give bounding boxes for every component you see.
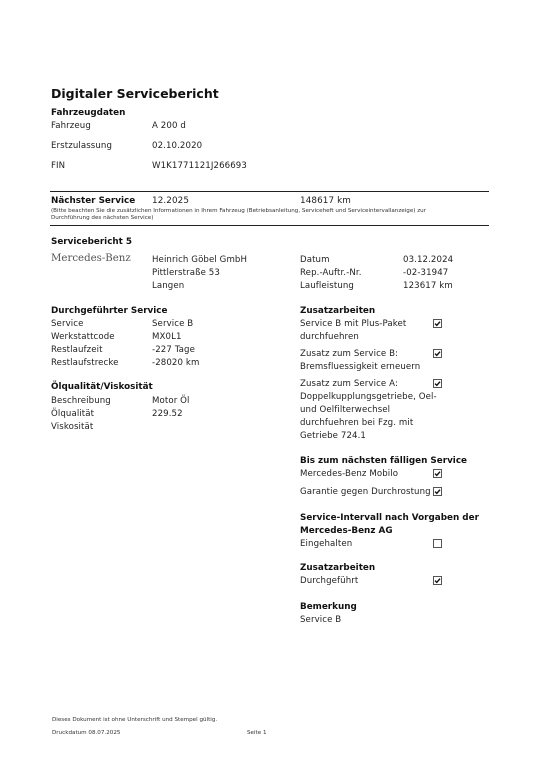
next-service-mileage: 148617 km	[300, 196, 351, 206]
additional-work-item-1-checkbox[interactable]	[433, 319, 442, 328]
dealer-city: Langen	[152, 281, 184, 291]
workshop-code-value: MX0L1	[152, 332, 182, 342]
oil-description-label: Beschreibung	[51, 396, 111, 406]
checkmark-icon	[434, 380, 441, 387]
additional-work-item-3-checkbox[interactable]	[433, 379, 442, 388]
interval-adhered-checkbox[interactable]	[433, 539, 442, 548]
additional-work-item-1-line1: Service B mit Plus-Paket	[300, 319, 406, 329]
checkmark-icon	[434, 350, 441, 357]
service-value: Service B	[152, 319, 193, 329]
additional-work-item-3-line5: Getriebe 724.1	[300, 431, 366, 441]
additional-work-item-3-line4: durchfuehren bei Fzg. mit	[300, 418, 413, 428]
performed-service-heading: Durchgeführter Service	[51, 306, 167, 316]
remaining-time-value: -227 Tage	[152, 345, 195, 355]
additional-work-2-heading: Zusatzarbeiten	[300, 563, 375, 573]
mileage-value: 123617 km	[403, 281, 453, 291]
performed-checkbox[interactable]	[433, 576, 442, 585]
report-heading: Servicebericht 5	[51, 237, 132, 247]
vehicle-value: A 200 d	[152, 121, 186, 131]
checkmark-icon	[434, 488, 441, 495]
footer-page-number: Seite 1	[247, 730, 267, 736]
dealer-street: Pittlerstraße 53	[152, 268, 220, 278]
date-value: 03.12.2024	[403, 255, 453, 265]
viscosity-label: Viskosität	[51, 422, 93, 432]
interval-heading-line2: Mercedes-Benz AG	[300, 526, 393, 536]
remaining-time-label: Restlaufzeit	[51, 345, 103, 355]
rust-warranty-label: Garantie gegen Durchrostung	[300, 487, 431, 497]
oil-heading: Ölqualität/Viskosität	[51, 382, 153, 392]
divider-top	[50, 191, 489, 192]
checkmark-icon	[434, 470, 441, 477]
footer-disclaimer: Dieses Dokument ist ohne Unterschrift un…	[52, 717, 217, 723]
mileage-label: Laufleistung	[300, 281, 354, 291]
mobilo-checkbox[interactable]	[433, 469, 442, 478]
remark-heading: Bemerkung	[300, 602, 357, 612]
additional-work-item-1-line2: durchfuehren	[300, 332, 359, 342]
date-label: Datum	[300, 255, 330, 265]
oil-quality-value: 229.52	[152, 409, 183, 419]
next-service-note-line1: (Bitte beachten Sie die zusätzlichen Inf…	[51, 208, 426, 214]
workshop-code-label: Werkstattcode	[51, 332, 115, 342]
additional-work-heading: Zusatzarbeiten	[300, 306, 375, 316]
checkmark-icon	[434, 577, 441, 584]
additional-work-item-2-line2: Bremsfluessigkeit erneuern	[300, 362, 420, 372]
document-title: Digitaler Servicebericht	[51, 86, 219, 101]
fin-label: FIN	[51, 161, 65, 171]
service-label: Service	[51, 319, 83, 329]
divider-bottom	[50, 225, 489, 226]
additional-work-item-2-line1: Zusatz zum Service B:	[300, 349, 398, 359]
footer-print-date: Druckdatum 08.07.2025	[52, 730, 120, 736]
next-service-label: Nächster Service	[51, 196, 135, 206]
interval-adhered-label: Eingehalten	[300, 539, 352, 549]
remaining-distance-value: -28020 km	[152, 358, 199, 368]
oil-quality-label: Ölqualität	[51, 409, 94, 419]
checkmark-icon	[434, 320, 441, 327]
order-number-value: -02-31947	[403, 268, 448, 278]
additional-work-item-2-checkbox[interactable]	[433, 349, 442, 358]
additional-work-item-3-line2: Doppelkupplungsgetriebe, Oel-	[300, 392, 437, 402]
first-registration-label: Erstzulassung	[51, 141, 112, 151]
next-service-date: 12.2025	[152, 196, 189, 206]
vehicle-heading: Fahrzeugdaten	[51, 108, 125, 118]
performed-label: Durchgeführt	[300, 576, 358, 586]
dealer-name: Heinrich Göbel GmbH	[152, 255, 247, 265]
first-registration-value: 02.10.2020	[152, 141, 202, 151]
interval-heading-line1: Service-Intervall nach Vorgaben der	[300, 513, 479, 523]
fin-value: W1K1771121J266693	[152, 161, 247, 171]
vehicle-label: Fahrzeug	[51, 121, 91, 131]
remark-value: Service B	[300, 615, 341, 625]
mobilo-label: Mercedes-Benz Mobilo	[300, 469, 398, 479]
remaining-distance-label: Restlaufstrecke	[51, 358, 119, 368]
rust-warranty-checkbox[interactable]	[433, 487, 442, 496]
order-number-label: Rep.-Auftr.-Nr.	[300, 268, 362, 278]
oil-description-value: Motor Öl	[152, 396, 190, 406]
next-service-note-line2: Durchführung des nächsten Service)	[51, 215, 153, 221]
brand-logo: Mercedes-Benz	[51, 253, 131, 264]
additional-work-item-3-line1: Zusatz zum Service A:	[300, 379, 398, 389]
until-next-heading: Bis zum nächsten fälligen Service	[300, 456, 467, 466]
additional-work-item-3-line3: und Oelfilterwechsel	[300, 405, 390, 415]
